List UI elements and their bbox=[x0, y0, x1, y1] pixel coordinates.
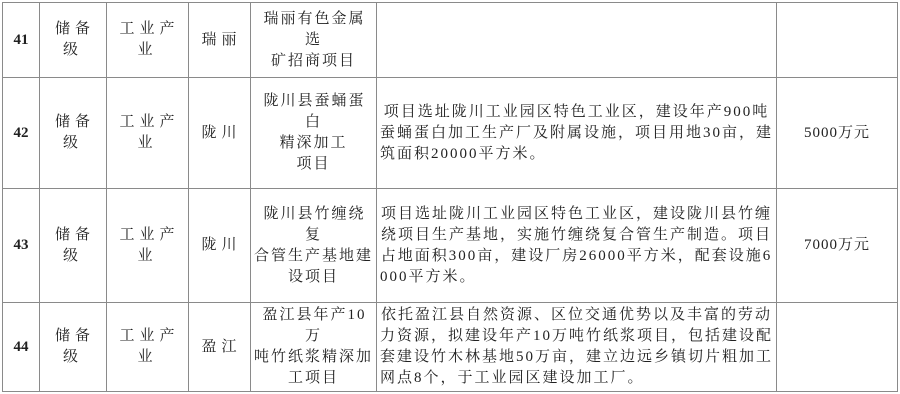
cell-seq: 41 bbox=[3, 3, 40, 78]
cell-description bbox=[377, 3, 777, 78]
cell-county: 陇川 bbox=[189, 189, 251, 303]
cell-seq: 43 bbox=[3, 189, 40, 303]
cell-industry: 工业产业 bbox=[107, 189, 189, 303]
project-list-table: 41 储备级 工业产业 瑞丽 瑞丽有色金属选 矿招商项目 42 储备级 工业产业… bbox=[2, 2, 898, 392]
cell-investment: 5000万元 bbox=[777, 78, 898, 189]
cell-project-name: 陇川县竹缠绕复 合管生产基地建 设项目 bbox=[251, 189, 377, 303]
cell-level: 储备级 bbox=[40, 303, 107, 392]
cell-industry: 工业产业 bbox=[107, 3, 189, 78]
cell-description: 项目选址陇川工业园区特色工业区，建设陇川县竹缠绕项目生产基地，实施竹缠绕复合管生… bbox=[377, 189, 777, 303]
cell-project-name: 陇川县蚕蛹蛋白 精深加工 项目 bbox=[251, 78, 377, 189]
table-row-43: 43 储备级 工业产业 陇川 陇川县竹缠绕复 合管生产基地建 设项目 项目选址陇… bbox=[3, 189, 898, 303]
document-page: 41 储备级 工业产业 瑞丽 瑞丽有色金属选 矿招商项目 42 储备级 工业产业… bbox=[0, 0, 900, 394]
cell-description: 项目选址陇川工业园区特色工业区，建设年产900吨蚕蛹蛋白加工生产厂及附属设施，项… bbox=[377, 78, 777, 189]
cell-project-name: 瑞丽有色金属选 矿招商项目 bbox=[251, 3, 377, 78]
cell-level: 储备级 bbox=[40, 189, 107, 303]
table-row-42: 42 储备级 工业产业 陇川 陇川县蚕蛹蛋白 精深加工 项目 项目选址陇川工业园… bbox=[3, 78, 898, 189]
cell-project-name: 盈江县年产10万 吨竹纸浆精深加 工项目 bbox=[251, 303, 377, 392]
cell-seq: 42 bbox=[3, 78, 40, 189]
cell-description: 依托盈江县自然资源、区位交通优势以及丰富的劳动力资源，拟建设年产10万吨竹纸浆项… bbox=[377, 303, 777, 392]
cell-seq: 44 bbox=[3, 303, 40, 392]
cell-county: 盈江 bbox=[189, 303, 251, 392]
cell-investment bbox=[777, 303, 898, 392]
cell-level: 储备级 bbox=[40, 3, 107, 78]
cell-industry: 工业产业 bbox=[107, 78, 189, 189]
cell-investment bbox=[777, 3, 898, 78]
cell-level: 储备级 bbox=[40, 78, 107, 189]
table-row-44: 44 储备级 工业产业 盈江 盈江县年产10万 吨竹纸浆精深加 工项目 依托盈江… bbox=[3, 303, 898, 392]
cell-investment: 7000万元 bbox=[777, 189, 898, 303]
cell-industry: 工业产业 bbox=[107, 303, 189, 392]
table-row-41: 41 储备级 工业产业 瑞丽 瑞丽有色金属选 矿招商项目 bbox=[3, 3, 898, 78]
cell-county: 陇川 bbox=[189, 78, 251, 189]
cell-county: 瑞丽 bbox=[189, 3, 251, 78]
